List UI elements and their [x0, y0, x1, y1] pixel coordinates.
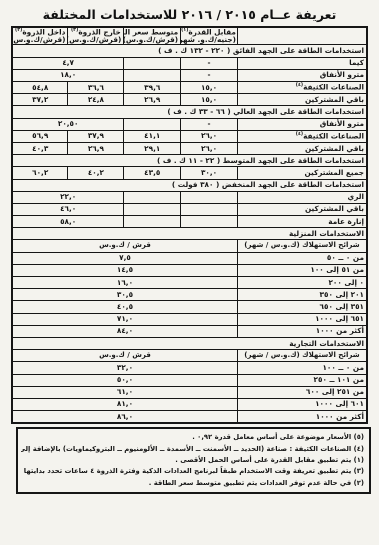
tier-price-cell: ٥٠,٠ — [12, 374, 237, 386]
tier-range-cell: أكثر من ١٠٠٠ — [237, 411, 367, 424]
section-header-row: استخدامات الطاقة على الجهد العالي ( ٦٦ -… — [12, 106, 367, 118]
avg-energy-price-cell: ٢٩,١ — [124, 142, 181, 154]
table-row: الصناعات الكثيفة(٤)٢٦,٠٤١,١٣٧,٩٥٦,٩ — [12, 130, 367, 142]
tier-range-cell: من ٠ ــ ١٠٠ — [237, 362, 367, 374]
tier-price-cell: ٧,٥ — [12, 252, 237, 264]
commercial-section-title: الاستخدامات التجارية — [12, 337, 367, 349]
residential-section-header-row: الاستخدامات المنزلية — [12, 228, 367, 240]
footnotes-box: (٥) الأسعار موضوعة على أساس معامل قدرة ٠… — [16, 427, 371, 494]
tier-range-cell: ٦٥١ إلى ١٠٠٠ — [237, 313, 367, 325]
row-label: إنارة عامة — [237, 216, 367, 228]
table-row: جميع المشتركين٣٠,٠٤٣,٥٤٠,٢٦٠,٢ — [12, 167, 367, 179]
tier-price-cell: ١٦,٠ — [12, 277, 237, 289]
residential-tier-row: من ٥١ إلى ١٠٠١٤,٥ — [12, 264, 367, 276]
row-label: جميع المشتركين — [237, 167, 367, 179]
table-row: مترو الأنفاق-٢٠,٥٠ — [12, 118, 367, 130]
table-row: إنارة عامة٥٨,٠ — [12, 216, 367, 228]
row-label: باقي المشتركين — [237, 94, 367, 106]
off-peak-price-cell: ٢٦,٩ — [68, 142, 124, 154]
row-label: الصناعات الكثيفة(٤) — [237, 130, 367, 142]
capacity-charge-cell: ٣٠,٠ — [181, 167, 238, 179]
all-hours-price-cell: ٢٠,٥٠ — [12, 118, 124, 130]
commercial-tier-row: من ٢٥١ إلى ٦٠٠٦١,٠ — [12, 386, 367, 398]
table-row: باقي المشتركين٢٦,٠٢٩,١٢٦,٩٤٠,٣ — [12, 142, 367, 154]
avg-energy-price-cell: ٣٩,٦ — [124, 82, 181, 94]
tier-price-cell: ٧١,٠ — [12, 313, 237, 325]
price-column-header: قرش / ك.و.س — [12, 350, 237, 362]
residential-tier-row: ٣٥١ إلى ٦٥٠٤٠,٥ — [12, 301, 367, 313]
tier-price-cell: ١٤,٥ — [12, 264, 237, 276]
tier-price-cell: ٣٢,٠ — [12, 362, 237, 374]
residential-tier-row: ٢٠١ إلى ٣٥٠٣٠,٥ — [12, 289, 367, 301]
capacity-charge-cell: ١٥,٠ — [181, 94, 238, 106]
table-row: الصناعات الكثيفة(٤)١٥,٠٣٩,٦٣٦,٦٥٤,٨ — [12, 82, 367, 94]
tier-range-cell: من ٢٥١ إلى ٦٠٠ — [237, 386, 367, 398]
tier-price-cell: ٦١,٠ — [12, 386, 237, 398]
row-label: الري — [237, 191, 367, 203]
all-hours-price-cell: ٥٨,٠ — [12, 216, 124, 228]
section-title: استخدامات الطاقة على الجهد العالي ( ٦٦ -… — [12, 106, 367, 118]
section-header-row: استخدامات الطاقة على الجهد الفائق ( ٢٢٠ … — [12, 45, 367, 57]
capacity-charge-cell: ٢٦,٠ — [181, 142, 238, 154]
row-label: باقي المشتركين — [237, 203, 367, 215]
residential-subheader-row: شرائح الاستهلاك (ك.و.س / شهر)قرش / ك.و.س — [12, 240, 367, 252]
off-peak-price-cell: ٣٦,٦ — [68, 82, 124, 94]
residential-section-title: الاستخدامات المنزلية — [12, 228, 367, 240]
off-peak-price-cell: ٣٧,٩ — [68, 130, 124, 142]
page-title: تعريفة عــام ٢٠١٥ / ٢٠١٦ للاستخدامات الم… — [0, 0, 379, 26]
rate-column-header: خارج الذروة(٣)(قرش/ك.و.س) — [68, 27, 124, 45]
rate-column-header: متوسط سعر الطاقة(٢)(قرش/ك.و.س) — [124, 27, 181, 45]
table-row: مترو الأنفاق-١٨,٠ — [12, 69, 367, 81]
section-title: استخدامات الطاقة على الجهد المنخفض ( ٣٨٠… — [12, 179, 367, 191]
tier-range-cell: ٢٠١ إلى ٣٥٠ — [237, 289, 367, 301]
residential-tier-row: ٠ إلى ٢٠٠١٦,٠ — [12, 277, 367, 289]
row-label: الصناعات الكثيفة(٤) — [237, 82, 367, 94]
capacity-charge-cell: ١٥,٠ — [181, 82, 238, 94]
commercial-tier-row: أكثر من ١٠٠٠٨٦,٠ — [12, 411, 367, 424]
section-header-row: استخدامات الطاقة على الجهد المتوسط ( ٢٢ … — [12, 155, 367, 167]
section-header-row: استخدامات الطاقة على الجهد المنخفض ( ٣٨٠… — [12, 179, 367, 191]
section-title: استخدامات الطاقة على الجهد المتوسط ( ٢٢ … — [12, 155, 367, 167]
footnote: (٣) يتم تطبيق تعريفة وقت الاستخدام طبقاً… — [21, 466, 364, 477]
row-label: باقي المشتركين — [237, 142, 367, 154]
footnote: (٤) الصناعات الكثيفة : صناعة (الحديد ــ … — [21, 444, 364, 455]
capacity-charge-cell: - — [181, 118, 238, 130]
table-row: باقي المشتركين١٥,٠٢٦,٩٢٤,٨٣٧,٢ — [12, 94, 367, 106]
capacity-charge-cell — [181, 203, 238, 215]
tier-price-cell: ٣٠,٥ — [12, 289, 237, 301]
avg-energy-price-cell — [124, 57, 181, 69]
in-peak-price-cell: ٤٠,٣ — [12, 142, 68, 154]
avg-energy-price-cell: ٤٣,٥ — [124, 167, 181, 179]
commercial-subheader-row: شرائح الاستهلاك (ك.و.س / شهر)قرش / ك.و.س — [12, 350, 367, 362]
off-peak-price-cell: ٤٠,٢ — [68, 167, 124, 179]
avg-energy-price-cell — [124, 69, 181, 81]
column-header-row: مقابل القدرة(١)(جنيه/ك.و. شهر)متوسط سعر … — [12, 27, 367, 45]
row-label: مترو الأنفاق — [237, 118, 367, 130]
capacity-charge-cell: ٢٦,٠ — [181, 130, 238, 142]
usage-column-header — [237, 27, 367, 45]
commercial-tier-row: ٦٠١ إلى ١٠٠٠٨١,٠ — [12, 398, 367, 410]
avg-energy-price-cell — [124, 191, 181, 203]
avg-energy-price-cell — [124, 216, 181, 228]
residential-tier-row: أكثر من ١٠٠٠٨٤,٠ — [12, 325, 367, 337]
table-row: باقي المشتركين٤٦,٠ — [12, 203, 367, 215]
tier-range-cell: أكثر من ١٠٠٠ — [237, 325, 367, 337]
tier-range-cell: ٣٥١ إلى ٦٥٠ — [237, 301, 367, 313]
commercial-tier-row: من ١٠١ ــ ٢٥٠٥٠,٠ — [12, 374, 367, 386]
commercial-section-header-row: الاستخدامات التجارية — [12, 337, 367, 349]
capacity-charge-cell: - — [181, 69, 238, 81]
tier-range-cell: من ١٠١ ــ ٢٥٠ — [237, 374, 367, 386]
commercial-tier-row: من ٠ ــ ١٠٠٣٢,٠ — [12, 362, 367, 374]
tier-range-cell: من ٠ ــ ٥٠ — [237, 252, 367, 264]
off-peak-price-cell: ٢٤,٨ — [68, 94, 124, 106]
all-hours-price-cell: ٤,٧ — [12, 57, 124, 69]
row-label: مترو الأنفاق — [237, 69, 367, 81]
residential-tier-row: من ٠ ــ ٥٠٧,٥ — [12, 252, 367, 264]
tiers-column-header: شرائح الاستهلاك (ك.و.س / شهر) — [237, 350, 367, 362]
tier-range-cell: ٦٠١ إلى ١٠٠٠ — [237, 398, 367, 410]
tariff-document: تعريفة عــام ٢٠١٥ / ٢٠١٦ للاستخدامات الم… — [0, 0, 379, 545]
section-title: استخدامات الطاقة على الجهد الفائق ( ٢٢٠ … — [12, 45, 367, 57]
in-peak-price-cell: ٣٧,٢ — [12, 94, 68, 106]
table-row: كيما-٤,٧ — [12, 57, 367, 69]
price-column-header: قرش / ك.و.س — [12, 240, 237, 252]
capacity-charge-cell — [181, 216, 238, 228]
all-hours-price-cell: ٤٦,٠ — [12, 203, 124, 215]
avg-energy-price-cell: ٢٦,٩ — [124, 94, 181, 106]
tier-price-cell: ٨١,٠ — [12, 398, 237, 410]
capacity-charge-cell: - — [181, 57, 238, 69]
in-peak-price-cell: ٥٤,٨ — [12, 82, 68, 94]
all-hours-price-cell: ١٨,٠ — [12, 69, 124, 81]
tier-price-cell: ٨٤,٠ — [12, 325, 237, 337]
capacity-charge-cell — [181, 191, 238, 203]
in-peak-price-cell: ٦٠,٢ — [12, 167, 68, 179]
avg-energy-price-cell — [124, 203, 181, 215]
rate-column-header: داخل الذروة(٣)(قرش/ك.و.س) — [12, 27, 68, 45]
avg-energy-price-cell: ٤١,١ — [124, 130, 181, 142]
tariff-table: مقابل القدرة(١)(جنيه/ك.و. شهر)متوسط سعر … — [11, 26, 368, 424]
rate-column-header: مقابل القدرة(١)(جنيه/ك.و. شهر) — [181, 27, 238, 45]
tier-price-cell: ٨٦,٠ — [12, 411, 237, 424]
footnote: (١) يتم تطبيق مقابل القدرة على أساس الحم… — [21, 455, 364, 466]
tiers-column-header: شرائح الاستهلاك (ك.و.س / شهر) — [237, 240, 367, 252]
table-row: الري٢٢,٠ — [12, 191, 367, 203]
footnote: (٥) الأسعار موضوعة على أساس معامل قدرة ٠… — [21, 432, 364, 443]
tier-range-cell: ٠ إلى ٢٠٠ — [237, 277, 367, 289]
residential-tier-row: ٦٥١ إلى ١٠٠٠٧١,٠ — [12, 313, 367, 325]
footnote: (٢) في حالة عدم توفر العدادات يتم تطبيق … — [21, 478, 364, 489]
tier-range-cell: من ٥١ إلى ١٠٠ — [237, 264, 367, 276]
in-peak-price-cell: ٥٦,٩ — [12, 130, 68, 142]
tier-price-cell: ٤٠,٥ — [12, 301, 237, 313]
all-hours-price-cell: ٢٢,٠ — [12, 191, 124, 203]
row-label: كيما — [237, 57, 367, 69]
avg-energy-price-cell — [124, 118, 181, 130]
